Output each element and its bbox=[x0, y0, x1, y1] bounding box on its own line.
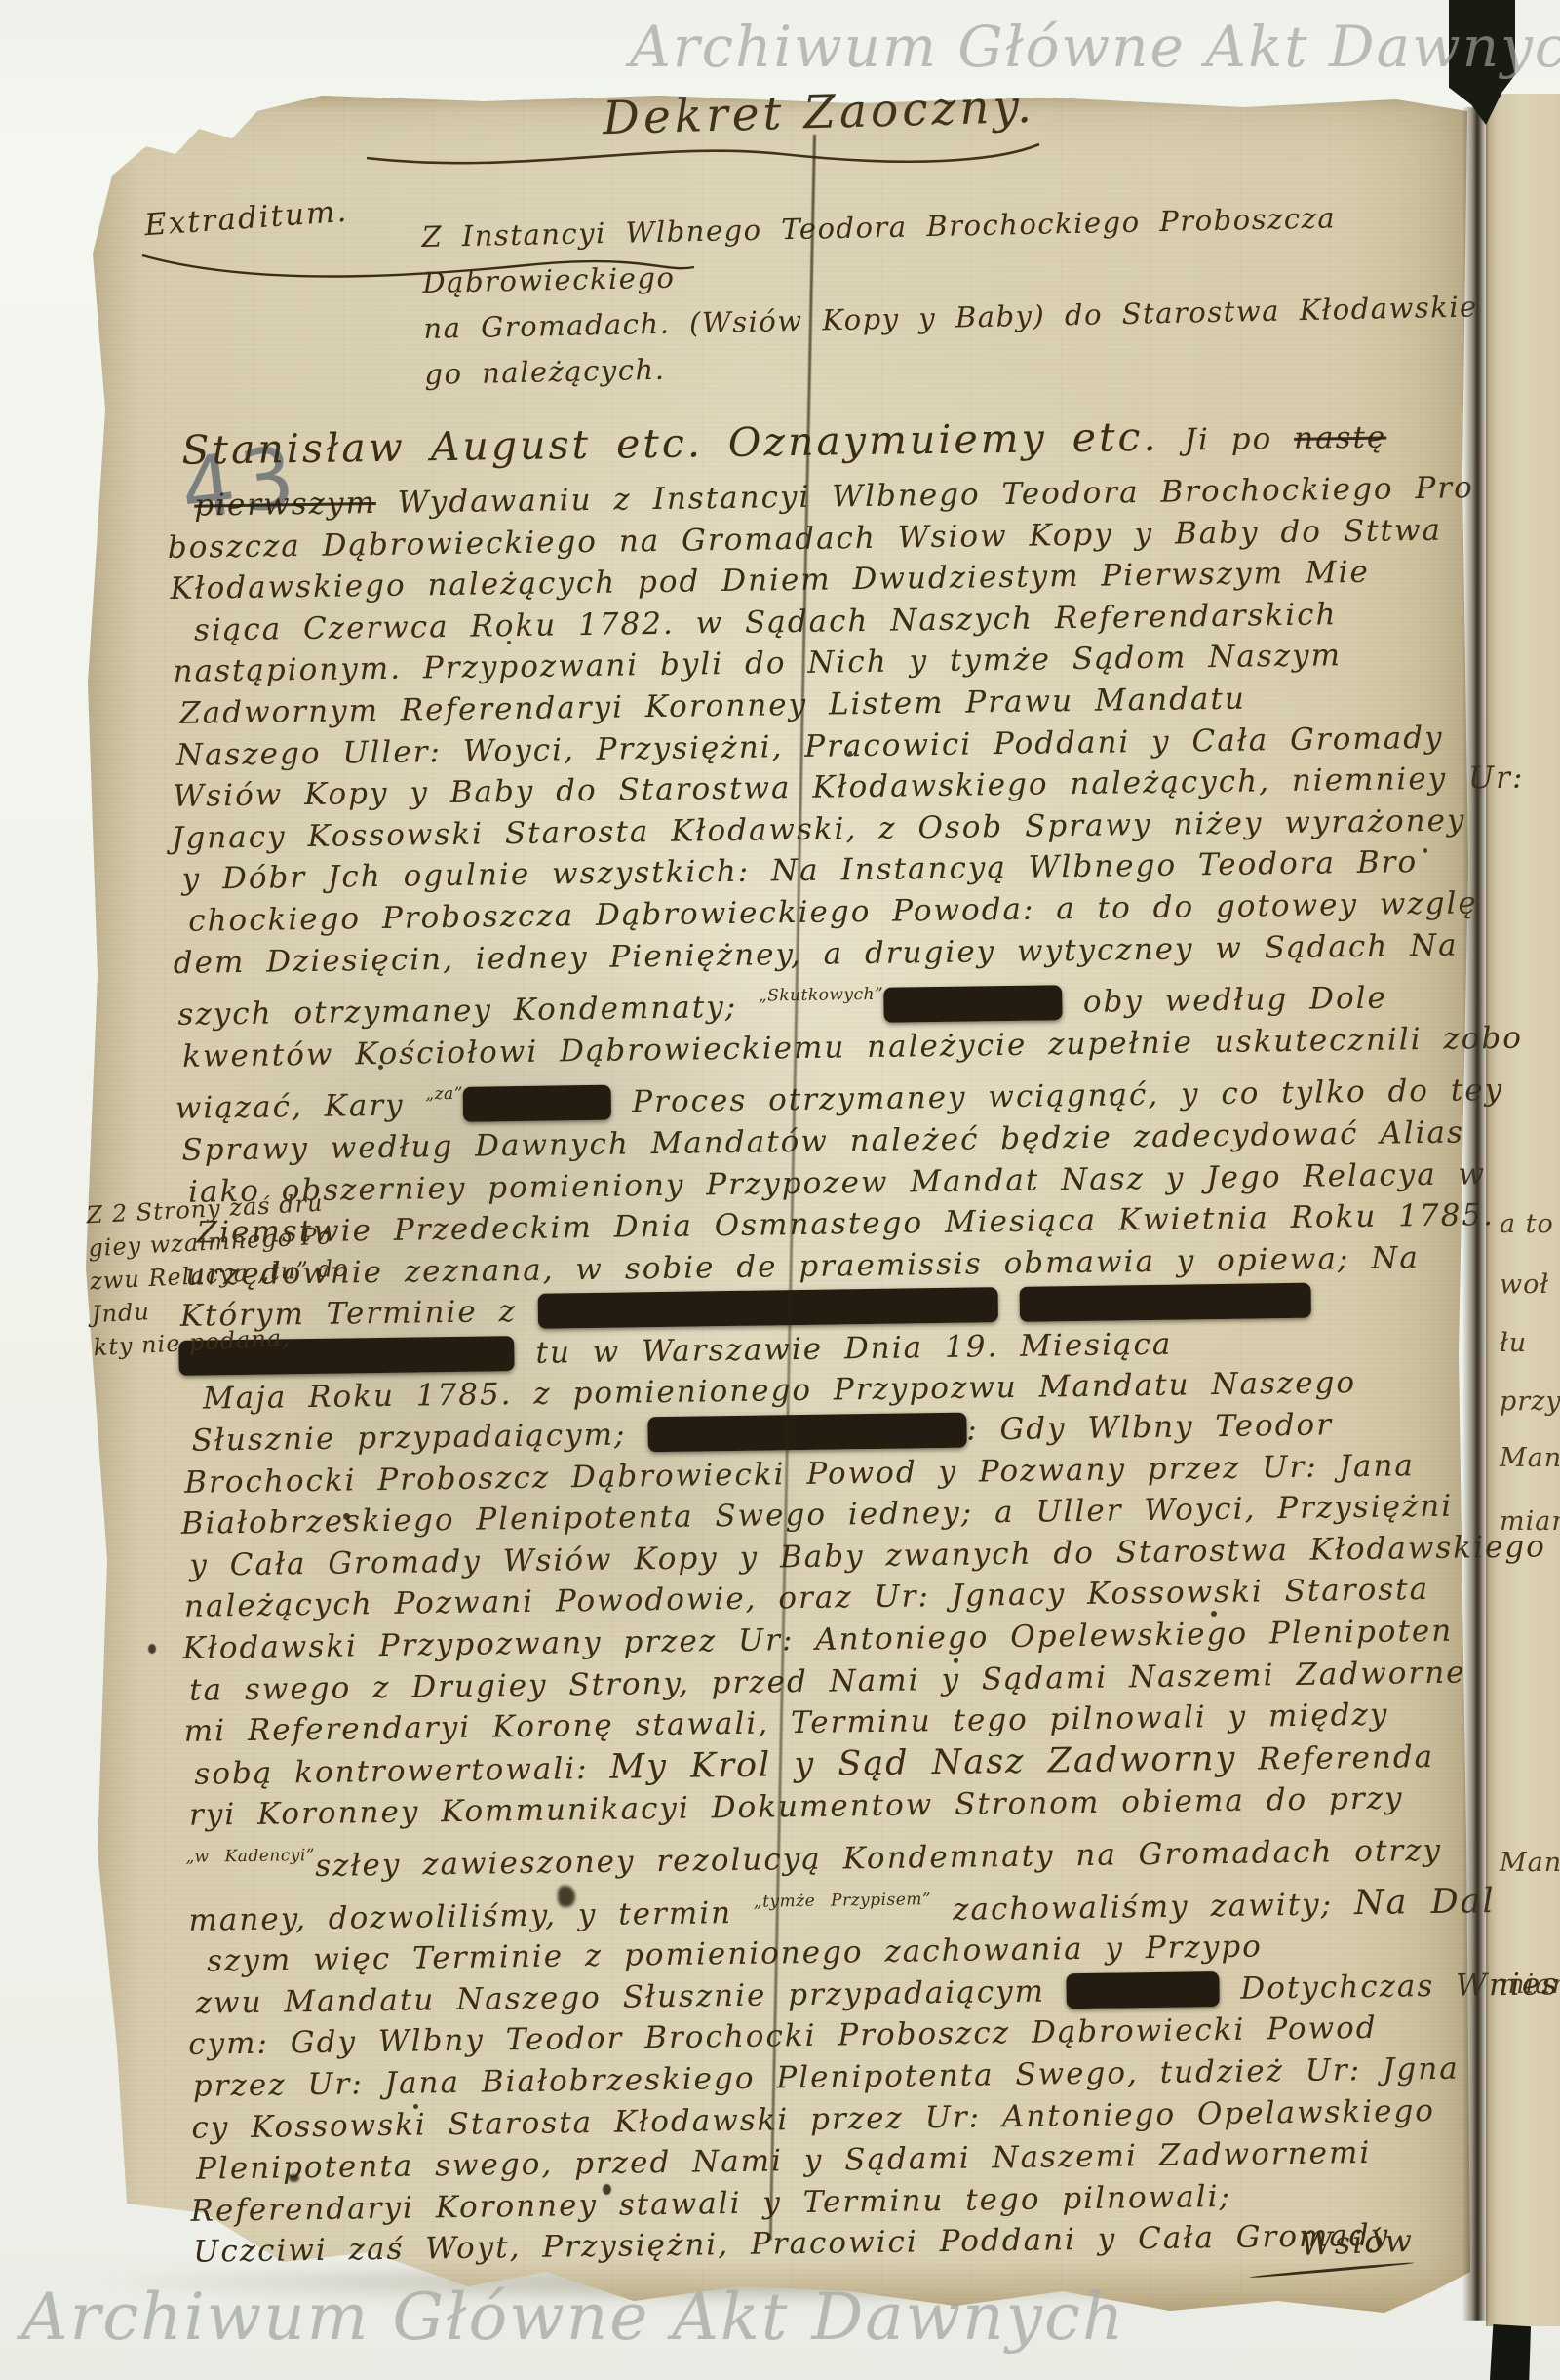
manuscript-text: Stanisław August etc. bbox=[181, 419, 703, 473]
next-page-fragment: Man bbox=[1500, 1443, 1560, 1473]
manuscript-text: Ji po bbox=[1184, 421, 1294, 458]
manuscript-text: My Krol y Sąd Nasz Zadworny bbox=[609, 1739, 1236, 1787]
manuscript-text: „Skutkowych” bbox=[759, 985, 884, 1006]
scanned-document: a towołłuprzyManmianManmian Dekret Zaocz… bbox=[0, 0, 1560, 2380]
ink-speck bbox=[343, 1513, 350, 1520]
ink-speck bbox=[378, 1065, 383, 1070]
manuscript-text: Referenda bbox=[1236, 1739, 1434, 1777]
next-page-fragment: Man bbox=[1500, 1848, 1560, 1878]
manuscript-text bbox=[998, 1287, 1020, 1322]
ink-speck bbox=[1110, 1092, 1114, 1097]
manuscript-text: wiązać, Kary bbox=[175, 1088, 426, 1127]
manuscript-text: „za” bbox=[425, 1084, 463, 1105]
next-page-fragment: przy bbox=[1500, 1386, 1560, 1417]
ink-speck bbox=[289, 2174, 299, 2182]
gutter-shadow bbox=[1462, 107, 1490, 2321]
next-page-fragment: łu bbox=[1500, 1328, 1527, 1358]
archive-watermark-top: Archiwum Główne Akt Dawnych bbox=[630, 14, 1560, 80]
manuscript-text: : Gdy Wlbny Teodor bbox=[966, 1407, 1333, 1447]
manuscript-text: „w Kadencyi” bbox=[185, 1846, 315, 1867]
ink-speck bbox=[324, 1230, 328, 1234]
ink-speck bbox=[603, 2184, 611, 2195]
manuscript-text: maney, dozwoliliśmy, y termin bbox=[188, 1894, 754, 1937]
ink-speck bbox=[848, 751, 852, 755]
manuscript-text: tu w Warszawie Dnia 19. Miesiąca bbox=[514, 1327, 1172, 1371]
manuscript-text: „tymże Przypisem” bbox=[754, 1890, 932, 1912]
manuscript-text: sobą kontrowertowali: bbox=[194, 1751, 610, 1792]
struck-out-text: należne bbox=[463, 1085, 611, 1122]
ink-speck bbox=[148, 1644, 156, 1654]
next-page-fragment: woł bbox=[1500, 1269, 1549, 1300]
intro-block: Z Instancyi Wlbnego Teodora Brochockiego… bbox=[421, 191, 1560, 398]
struck-out-text: Dotychczasowego bbox=[647, 1413, 966, 1453]
next-page-fragment: a to bbox=[1500, 1209, 1554, 1239]
ink-speck bbox=[507, 641, 511, 644]
struck-out-text: pomienionego Przypozwu bbox=[537, 1287, 998, 1329]
struck-out-text: Exekucyą bbox=[883, 985, 1062, 1023]
struck-out-text: y dotąd bbox=[1067, 1971, 1220, 2009]
margin-note-side: Z 2 Strony zaś drugiey wzaimnego Pozwu R… bbox=[86, 1185, 368, 1364]
manuscript-text: nastę bbox=[1294, 420, 1387, 456]
manuscript-text: zachowaliśmy zawity; bbox=[931, 1887, 1354, 1928]
title-flourish-underline bbox=[363, 131, 1045, 174]
ink-speck bbox=[1423, 848, 1427, 853]
manuscript-text: pierwszym bbox=[194, 486, 376, 524]
manuscript-text: Słusznie przypadaiącym; bbox=[191, 1417, 647, 1459]
manuscript-text: Oznaymuiemy etc. bbox=[702, 412, 1184, 466]
manuscript-text: oby według Dole bbox=[1062, 981, 1387, 1021]
ink-blot bbox=[558, 1886, 575, 1907]
manuscript-text: Dotychczas Wniesio bbox=[1219, 1967, 1560, 2007]
bookmark-ribbon-bottom bbox=[1490, 2324, 1531, 2380]
ink-speck bbox=[954, 1658, 958, 1663]
manuscript-text: szych otrzymaney Kondemnaty; bbox=[177, 990, 759, 1033]
struck-out-text: Mandatu Nasze bbox=[1019, 1283, 1310, 1322]
ink-speck bbox=[1211, 1611, 1217, 1617]
ink-speck bbox=[413, 2104, 418, 2109]
